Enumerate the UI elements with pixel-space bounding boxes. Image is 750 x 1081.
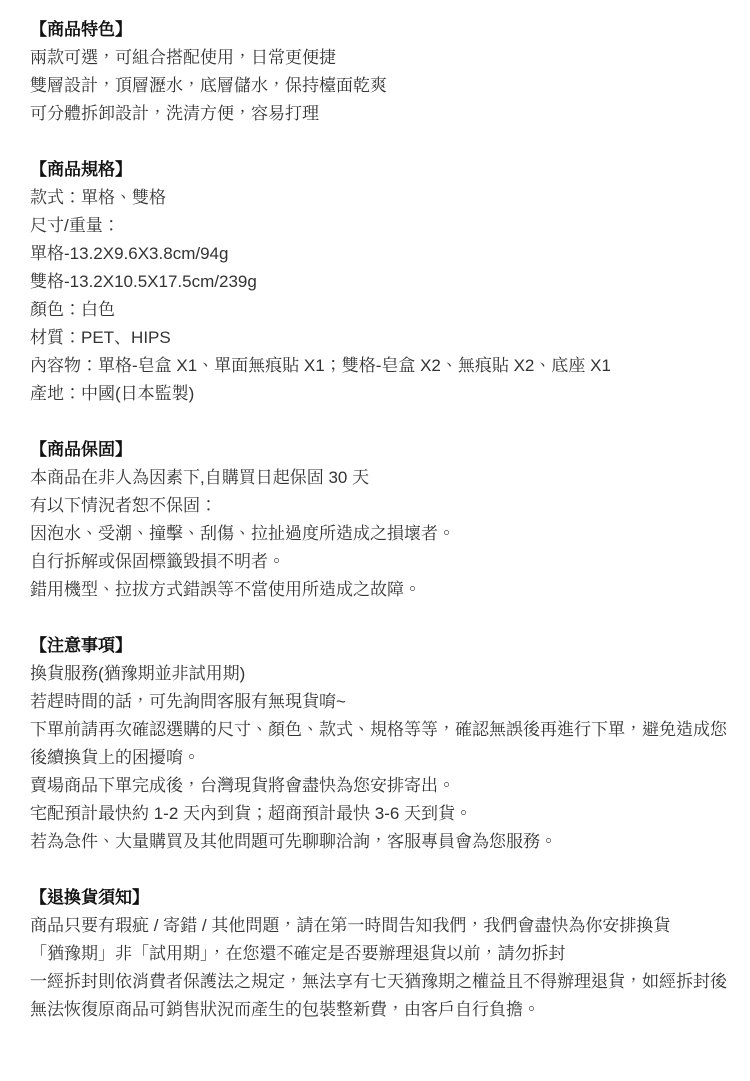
section: 【退換貨須知】 商品只要有瑕疵 / 寄錯 / 其他問題，請在第一時間告知我們，我… [30, 884, 742, 1024]
section-heading: 【商品保固】 [30, 436, 742, 464]
section-line: 單格-13.2X9.6X3.8cm/94g [30, 240, 742, 268]
section-line: 雙格-13.2X10.5X17.5cm/239g [30, 268, 742, 296]
section-line: 可分體拆卸設計，洗清方便，容易打理 [30, 100, 742, 128]
section-line: 兩款可選，可組合搭配使用，日常更便捷 [30, 44, 742, 72]
section-line: 「猶豫期」非「試用期」，在您還不確定是否要辦理退貨以前，請勿拆封 [30, 940, 742, 968]
section-line: 內容物：單格-皂盒 X1、單面無痕貼 X1；雙格-皂盒 X2、無痕貼 X2、底座… [30, 352, 742, 380]
section-line: 賣場商品下單完成後，台灣現貨將會盡快為您安排寄出。 [30, 772, 742, 800]
section-line: 本商品在非人為因素下,自購買日起保固 30 天 [30, 464, 742, 492]
section-line: 因泡水、受潮、撞擊、刮傷、拉扯過度所造成之損壞者。 [30, 520, 742, 548]
section-line: 換貨服務(猶豫期並非試用期) [30, 660, 742, 688]
section: 【商品保固】 本商品在非人為因素下,自購買日起保固 30 天有以下情況者恕不保固… [30, 436, 742, 604]
section-line: 尺寸/重量： [30, 212, 742, 240]
section-line: 若趕時間的話，可先詢問客服有無現貨唷~ [30, 688, 742, 716]
section-lines: 兩款可選，可組合搭配使用，日常更便捷雙層設計，頂層瀝水，底層儲水，保持檯面乾爽可… [30, 44, 742, 128]
section-line: 有以下情況者恕不保固： [30, 492, 742, 520]
section-heading: 【商品特色】 [30, 16, 742, 44]
section-heading: 【退換貨須知】 [30, 884, 742, 912]
section-line: 一經拆封則依消費者保護法之規定，無法享有七天猶豫期之權益且不得辦理退貨，如經拆封… [30, 968, 742, 1024]
section-line: 雙層設計，頂層瀝水，底層儲水，保持檯面乾爽 [30, 72, 742, 100]
section-line: 錯用機型、拉拔方式錯誤等不當使用所造成之故障。 [30, 576, 742, 604]
section-line: 款式：單格、雙格 [30, 184, 742, 212]
section-line: 若為急件、大量購買及其他問題可先聊聊洽詢，客服專員會為您服務。 [30, 828, 742, 856]
section-line: 顏色：白色 [30, 296, 742, 324]
section-lines: 款式：單格、雙格尺寸/重量：單格-13.2X9.6X3.8cm/94g雙格-13… [30, 184, 742, 408]
section: 【商品規格】 款式：單格、雙格尺寸/重量：單格-13.2X9.6X3.8cm/9… [30, 156, 742, 408]
section-line: 宅配預計最快約 1-2 天內到貨；超商預計最快 3-6 天到貨。 [30, 800, 742, 828]
section-lines: 本商品在非人為因素下,自購買日起保固 30 天有以下情況者恕不保固：因泡水、受潮… [30, 464, 742, 604]
section-line: 商品只要有瑕疵 / 寄錯 / 其他問題，請在第一時間告知我們，我們會盡快為你安排… [30, 912, 742, 940]
section-lines: 商品只要有瑕疵 / 寄錯 / 其他問題，請在第一時間告知我們，我們會盡快為你安排… [30, 912, 742, 1024]
section-lines: 換貨服務(猶豫期並非試用期)若趕時間的話，可先詢問客服有無現貨唷~下單前請再次確… [30, 660, 742, 856]
section-heading: 【商品規格】 [30, 156, 742, 184]
section-line: 自行拆解或保固標籤毀損不明者。 [30, 548, 742, 576]
product-description-sections: 【商品特色】 兩款可選，可組合搭配使用，日常更便捷雙層設計，頂層瀝水，底層儲水，… [30, 16, 742, 1024]
section: 【商品特色】 兩款可選，可組合搭配使用，日常更便捷雙層設計，頂層瀝水，底層儲水，… [30, 16, 742, 128]
section: 【注意事項】 換貨服務(猶豫期並非試用期)若趕時間的話，可先詢問客服有無現貨唷~… [30, 632, 742, 856]
section-line: 材質：PET、HIPS [30, 324, 742, 352]
section-heading: 【注意事項】 [30, 632, 742, 660]
product-description-page: 【商品特色】 兩款可選，可組合搭配使用，日常更便捷雙層設計，頂層瀝水，底層儲水，… [0, 0, 750, 1048]
section-line: 產地：中國(日本監製) [30, 380, 742, 408]
section-line: 下單前請再次確認選購的尺寸、顏色、款式、規格等等，確認無誤後再進行下單，避免造成… [30, 716, 742, 772]
